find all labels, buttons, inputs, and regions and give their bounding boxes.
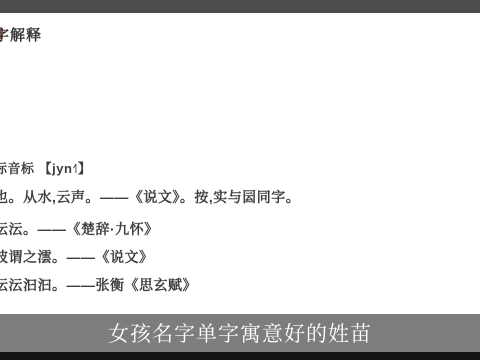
dictionary-quote-line: 也。从水,云声。——《说文》。按,实与囩同字。 [0,187,300,207]
section-title: 字解释 [0,24,42,45]
dictionary-quote-line: 波谓之澐。——《说文》 [0,247,154,267]
phonetic-notation-line: 际音标 【jyn˧˥】 [0,158,91,177]
video-caption-text: 女孩名字单字寓意好的姓苗 [108,318,372,348]
bottom-letterbox-bar [0,352,480,360]
webpage-content-area: 字解释 际音标 【jyn˧˥】 也。从水,云声。——《说文》。按,实与囩同字。 … [0,13,480,314]
video-frame: 字解释 际音标 【jyn˧˥】 也。从水,云声。——《说文》。按,实与囩同字。 … [0,0,480,360]
dictionary-quote-line: 沄沄。——《楚辞·九怀》 [0,219,159,239]
dictionary-quote-line: 沄沄汩汩。——张衡《思玄赋》 [0,275,197,295]
caption-bar: 女孩名字单字寓意好的姓苗 [0,314,480,352]
top-letterbox-bar [0,0,480,13]
